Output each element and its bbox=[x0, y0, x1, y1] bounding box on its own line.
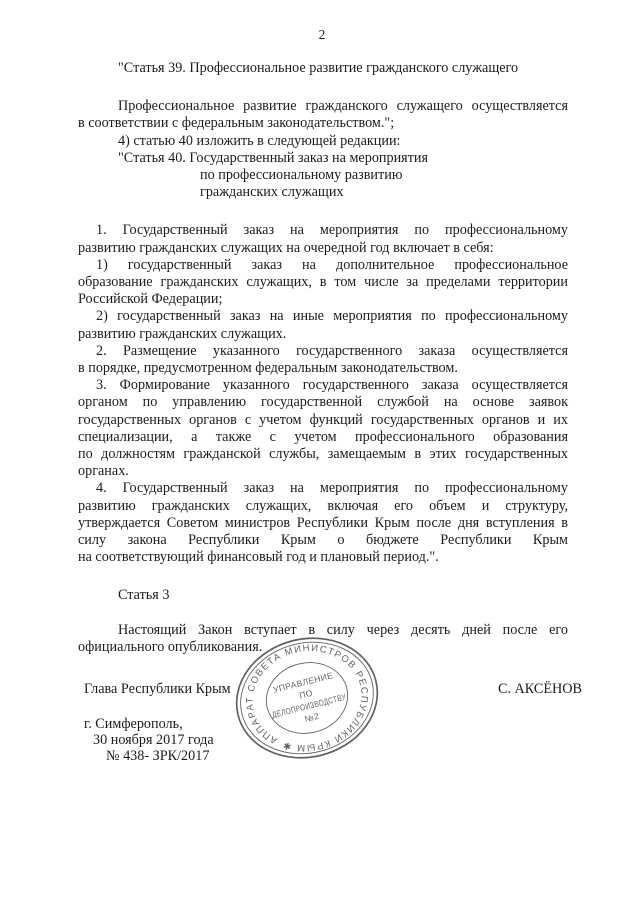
stamp-center-line-2: ПО bbox=[298, 688, 314, 701]
text-line: в порядке, предусмотренном федеральным з… bbox=[78, 360, 568, 377]
page-number: 2 bbox=[0, 27, 640, 43]
text-line: 1. Государственный заказ на мероприятия … bbox=[78, 222, 568, 239]
date-block: г. Симферополь, 30 ноября 2017 года № 43… bbox=[84, 717, 214, 764]
text-line: "Статья 40. Государственный заказ на мер… bbox=[78, 150, 568, 167]
text-line: гражданских служащих bbox=[78, 184, 568, 201]
text-line: в соответствии с федеральным законодател… bbox=[78, 115, 568, 132]
signature-title: Глава Республики Крым bbox=[84, 681, 231, 698]
text-line: Статья 3 bbox=[78, 587, 568, 604]
text-line: органах. bbox=[78, 463, 568, 480]
text-line: Российской Федерации; bbox=[78, 291, 568, 308]
text-line: 4. Государственный заказ на мероприятия … bbox=[78, 480, 568, 497]
text-line: развитию гражданских служащих. bbox=[78, 326, 568, 343]
text-line: развитию гражданских служащих, включая е… bbox=[78, 498, 568, 515]
text-line bbox=[78, 77, 568, 98]
footer-number: № 438- ЗРК/2017 bbox=[84, 749, 214, 765]
text-line: государственных органов с учетом функций… bbox=[78, 412, 568, 429]
text-line: на соответствующий финансовый год и план… bbox=[78, 549, 568, 566]
text-line bbox=[78, 566, 568, 587]
text-line: развитию гражданских служащих на очередн… bbox=[78, 240, 568, 257]
text-line: 1) государственный заказ на дополнительн… bbox=[78, 257, 568, 274]
footer-city: г. Симферополь, bbox=[84, 717, 214, 733]
document-body: "Статья 39. Профессиональное развитие гр… bbox=[78, 60, 568, 656]
text-line: 3. Формирование указанного государственн… bbox=[78, 377, 568, 394]
stamp-center-line-4: №2 bbox=[303, 711, 320, 724]
text-line: по должностям гражданской службы, замеща… bbox=[78, 446, 568, 463]
text-line: 4) статью 40 изложить в следующей редакц… bbox=[78, 133, 568, 150]
text-line bbox=[78, 605, 568, 622]
signature-name: С. АКСЁНОВ bbox=[498, 681, 582, 698]
text-line: "Статья 39. Профессиональное развитие гр… bbox=[78, 60, 568, 77]
text-line bbox=[78, 201, 568, 222]
text-line: Профессиональное развитие гражданского с… bbox=[78, 98, 568, 115]
text-line: по профессиональному развитию bbox=[78, 167, 568, 184]
document-page: 2 "Статья 39. Профессиональное развитие … bbox=[0, 0, 640, 905]
text-line: утверждается Советом министров Республик… bbox=[78, 515, 568, 532]
official-stamp-icon: АППАРАТ СОВЕТА МИНИСТРОВ РЕСПУБЛИКИ КРЫМ… bbox=[222, 628, 392, 768]
text-line: специализации, а также с учетом професси… bbox=[78, 429, 568, 446]
text-line: 2. Размещение указанного государственног… bbox=[78, 343, 568, 360]
text-line: образование гражданских служащих, в том … bbox=[78, 274, 568, 291]
text-line: органом по управлению государственной сл… bbox=[78, 394, 568, 411]
text-line: 2) государственный заказ на иные меропри… bbox=[78, 308, 568, 325]
footer-date: 30 ноября 2017 года bbox=[84, 733, 214, 749]
text-line: силу закона Республики Крым о бюджете Ре… bbox=[78, 532, 568, 549]
